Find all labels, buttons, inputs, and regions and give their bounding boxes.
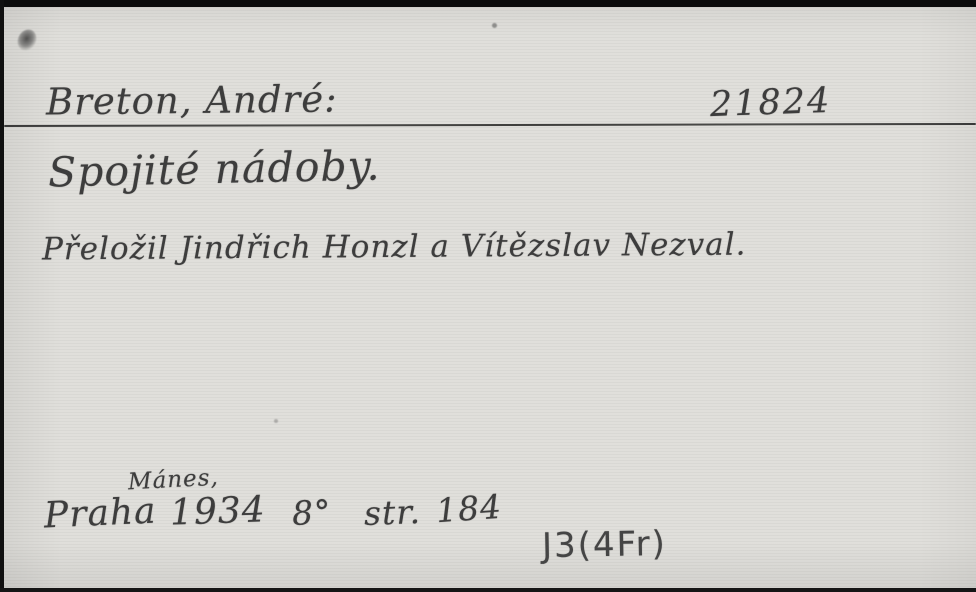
imprint-page-count: 184: [435, 487, 504, 531]
scan-edge-bottom: [0, 588, 976, 592]
corner-smudge-mark: [14, 26, 40, 54]
author-heading: Breton, André:: [46, 77, 338, 123]
ruled-divider-line: [4, 123, 976, 127]
translation-note: Přeložil Jindřich Honzl a Vítězslav Nezv…: [42, 227, 747, 268]
imprint-year: 1934: [169, 489, 266, 533]
imprint-pages-label: str.: [363, 492, 421, 533]
scan-edge-top: [0, 0, 976, 7]
call-number: J3(4Fr): [542, 524, 668, 566]
scan-edge-left: [0, 0, 4, 592]
book-title: Spojité nádoby.: [48, 142, 381, 197]
scan-speck: [492, 23, 497, 28]
imprint-place: Praha: [43, 491, 157, 537]
catalog-card: Breton, André: 21824 Spojité nádoby. Pře…: [4, 7, 976, 588]
catalog-number: 21824: [709, 81, 832, 125]
imprint-format: 8°: [291, 492, 332, 533]
scanned-catalog-card-page: Breton, André: 21824 Spojité nádoby. Pře…: [0, 0, 976, 592]
scan-speck: [274, 419, 278, 423]
